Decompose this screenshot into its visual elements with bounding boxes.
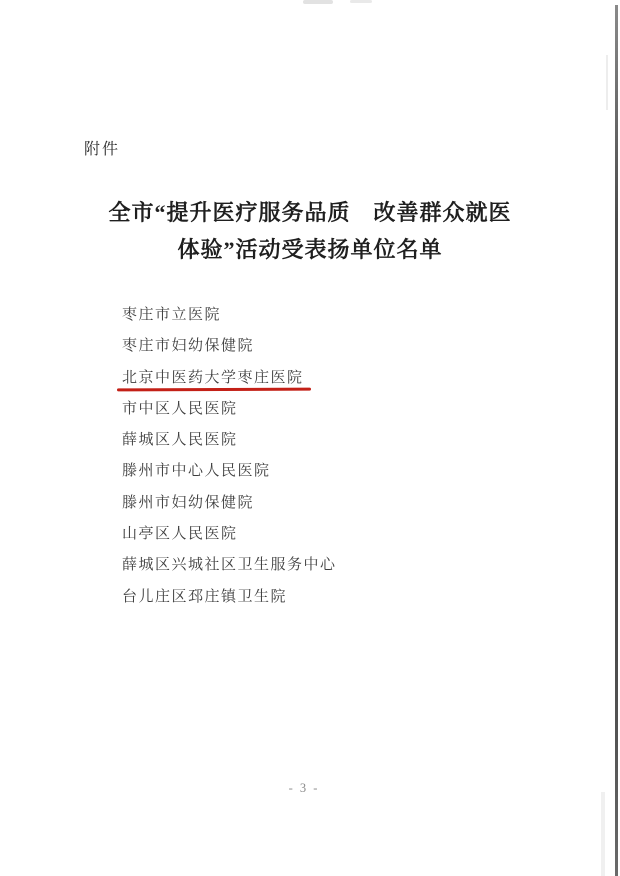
list-item: 山亭区人民医院	[122, 519, 542, 550]
unit-name: 枣庄市立医院	[122, 307, 221, 323]
unit-name: 薛城区兴城社区卫生服务中心	[122, 557, 337, 573]
scan-edge-band	[606, 55, 608, 110]
list-item: 滕州市中心人民医院	[122, 456, 542, 487]
unit-name: 北京中医药大学枣庄医院	[122, 370, 304, 386]
unit-name: 枣庄市妇幼保健院	[122, 338, 254, 354]
document-title: 全市“提升医疗服务品质 改善群众就医 体验”活动受表扬单位名单	[0, 194, 620, 268]
list-item: 滕州市妇幼保健院	[122, 488, 542, 519]
document-title-line2: 体验”活动受表扬单位名单	[0, 231, 620, 268]
list-item: 薛城区兴城社区卫生服务中心	[122, 550, 542, 581]
document-title-line1: 全市“提升医疗服务品质 改善群众就医	[0, 194, 620, 231]
page-number: - 3 -	[0, 781, 608, 796]
unit-name: 山亭区人民医院	[122, 526, 238, 542]
scan-edge-band	[601, 792, 605, 876]
list-item: 枣庄市妇幼保健院	[122, 331, 542, 362]
scan-edge-shadow	[615, 5, 618, 876]
commended-units-list: 枣庄市立医院 枣庄市妇幼保健院 北京中医药大学枣庄医院 市中区人民医院 薛城区人…	[122, 300, 542, 613]
list-item: 枣庄市立医院	[122, 300, 542, 331]
list-item: 台儿庄区邳庄镇卫生院	[122, 582, 542, 613]
red-underline-annotation	[117, 387, 311, 391]
unit-name: 市中区人民医院	[122, 401, 238, 417]
scan-smudge	[350, 0, 372, 3]
scan-smudge	[303, 0, 333, 4]
unit-name: 滕州市中心人民医院	[122, 463, 271, 479]
list-item-underlined: 北京中医药大学枣庄医院	[122, 363, 542, 394]
unit-name: 滕州市妇幼保健院	[122, 495, 254, 511]
unit-name: 台儿庄区邳庄镇卫生院	[122, 589, 287, 605]
list-item: 薛城区人民医院	[122, 425, 542, 456]
attachment-label: 附件	[84, 136, 120, 159]
list-item: 市中区人民医院	[122, 394, 542, 425]
document-page: 附件 全市“提升医疗服务品质 改善群众就医 体验”活动受表扬单位名单 枣庄市立医…	[0, 0, 620, 876]
unit-name: 薛城区人民医院	[122, 432, 238, 448]
